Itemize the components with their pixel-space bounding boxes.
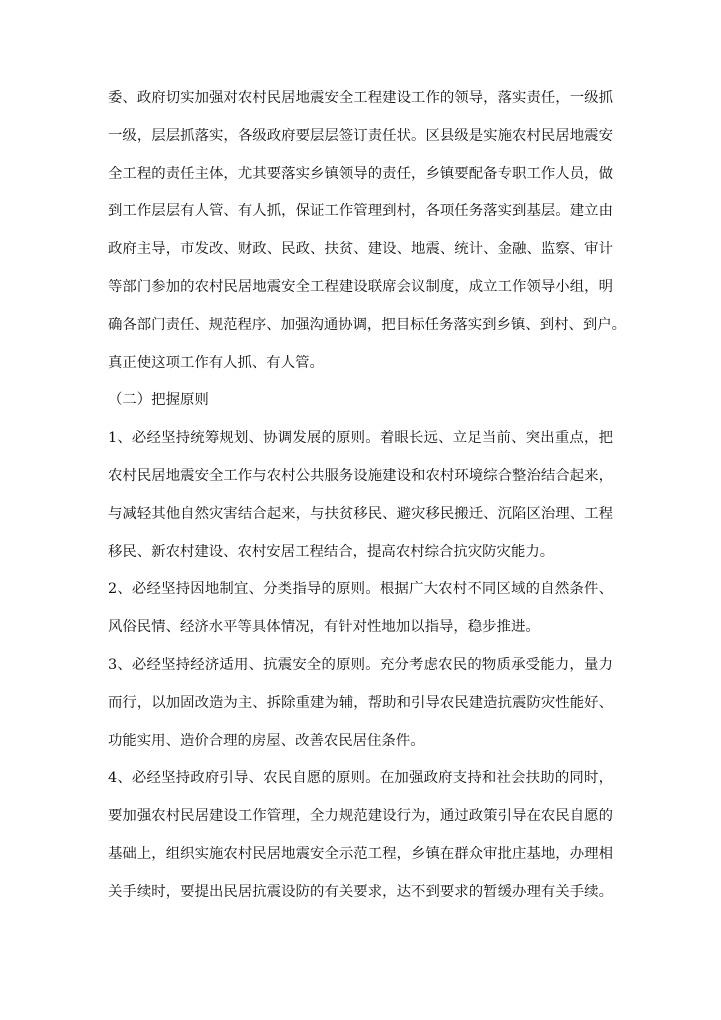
text-line: 等部门参加的农村民居地震安全工程建设联席会议制度，成立工作领导小组，明 bbox=[108, 269, 613, 307]
principle-item-4: 4、必经坚持政府引导、农民自愿的原则。在加强政府支持和社会扶助的同时， 要加强农… bbox=[108, 760, 613, 911]
text-line: 基础上，组织实施农村民居地震安全示范工程，乡镇在群众审批庄基地，办理相 bbox=[108, 836, 613, 874]
text-line: 政府主导，市发改、财政、民政、扶贫、建设、地震、统计、金融、监察、审计 bbox=[108, 231, 613, 269]
text-line: 真正使这项工作有人抓、有人管。 bbox=[108, 345, 613, 383]
text-line: 要加强农村民居建设工作管理，全力规范建设行为，通过政策引导在农民自愿的 bbox=[108, 798, 613, 836]
text-line: 委、政府切实加强对农村民居地震安全工程建设工作的领导，落实责任，一级抓 bbox=[108, 80, 613, 118]
text-line: 全工程的责任主体，尤其要落实乡镇领导的责任，乡镇要配备专职工作人员，做 bbox=[108, 156, 613, 194]
text-line: 功能实用、造价合理的房屋、改善农民居住条件。 bbox=[108, 723, 613, 761]
text-line: 农村民居地震安全工作与农村公共服务设施建设和农村环境综合整治结合起来， bbox=[108, 458, 613, 496]
heading-text: （二）把握原则 bbox=[108, 382, 613, 420]
text-line: 2、必经坚持因地制宜、分类指导的原则。根据广大农村不同区域的自然条件、 bbox=[108, 571, 613, 609]
text-line: 一级，层层抓落实，各级政府要层层签订责任状。区县级是实施农村民居地震安 bbox=[108, 118, 613, 156]
text-line: 到工作层层有人管、有人抓，保证工作管理到村，各项任务落实到基层。建立由 bbox=[108, 193, 613, 231]
principle-item-2: 2、必经坚持因地制宜、分类指导的原则。根据广大农村不同区域的自然条件、 风俗民情… bbox=[108, 571, 613, 647]
text-line: 移民、新农村建设、农村安居工程结合，提高农村综合抗灾防灾能力。 bbox=[108, 534, 613, 572]
document-page: 委、政府切实加强对农村民居地震安全工程建设工作的领导，落实责任，一级抓 一级，层… bbox=[108, 80, 613, 912]
principle-item-1: 1、必经坚持统筹规划、协调发展的原则。着眼长远、立足当前、突出重点，把 农村民居… bbox=[108, 420, 613, 571]
section-heading: （二）把握原则 bbox=[108, 382, 613, 420]
text-line: 风俗民情、经济水平等具体情况，有针对性地加以指导，稳步推进。 bbox=[108, 609, 613, 647]
text-line: 3、必经坚持经济适用、抗震安全的原则。充分考虑农民的物质承受能力，量力 bbox=[108, 647, 613, 685]
text-line: 1、必经坚持统筹规划、协调发展的原则。着眼长远、立足当前、突出重点，把 bbox=[108, 420, 613, 458]
text-line: 关手续时，要提出民居抗震设防的有关要求，达不到要求的暂缓办理有关手续。 bbox=[108, 874, 613, 912]
text-line: 与减轻其他自然灾害结合起来，与扶贫移民、避灾移民搬迁、沉陷区治理、工程 bbox=[108, 496, 613, 534]
text-line: 4、必经坚持政府引导、农民自愿的原则。在加强政府支持和社会扶助的同时， bbox=[108, 760, 613, 798]
text-line: 确各部门责任、规范程序、加强沟通协调，把目标任务落实到乡镇、到村、到户。 bbox=[108, 307, 613, 345]
paragraph-continuation: 委、政府切实加强对农村民居地震安全工程建设工作的领导，落实责任，一级抓 一级，层… bbox=[108, 80, 613, 382]
text-line: 而行，以加固改造为主、拆除重建为辅，帮助和引导农民建造抗震防灾性能好、 bbox=[108, 685, 613, 723]
principle-item-3: 3、必经坚持经济适用、抗震安全的原则。充分考虑农民的物质承受能力，量力 而行，以… bbox=[108, 647, 613, 760]
